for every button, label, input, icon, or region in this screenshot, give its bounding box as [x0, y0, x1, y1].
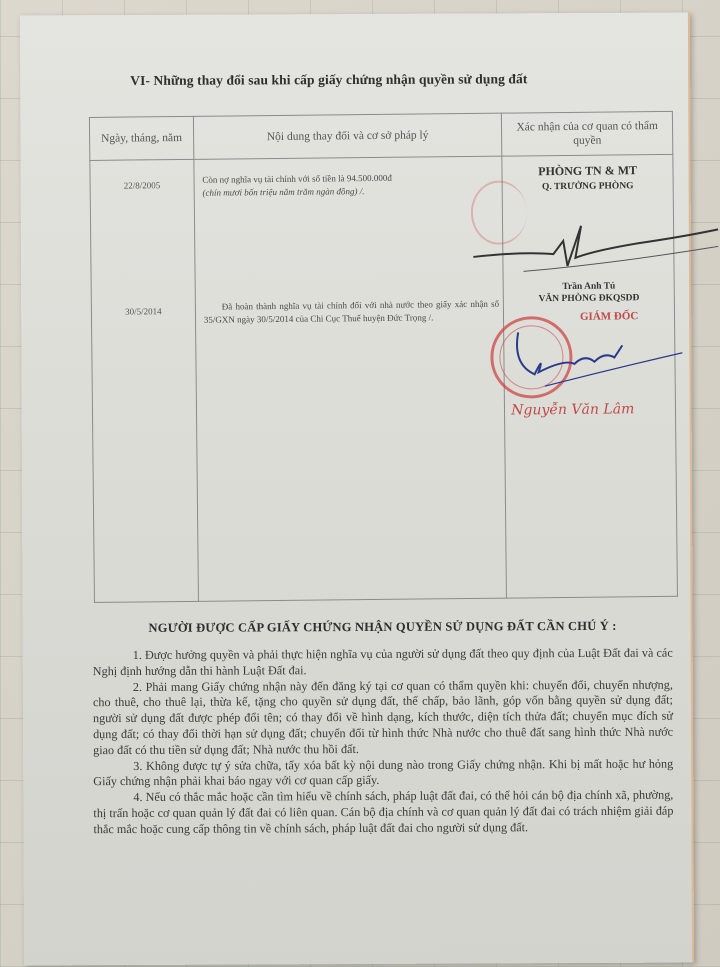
content-cell: Còn nợ nghĩa vụ tài chính với số tiền là…: [194, 156, 507, 601]
row1-title: Q. TRƯỞNG PHÒNG: [503, 181, 673, 193]
note-item-4: 4. Nếu có thắc mắc hoặc cần tìm hiểu về …: [93, 788, 673, 838]
signature-2-icon: [504, 323, 685, 405]
notes-section: NGƯỜI ĐƯỢC CẤP GIẤY CHỨNG NHẬN QUYỀN SỬ …: [93, 619, 674, 838]
row2-org: VĂN PHÒNG ĐKQSDĐ: [504, 293, 674, 305]
section-title: VI- Những thay đổi sau khi cấp giấy chứn…: [130, 71, 650, 89]
header-confirmation: Xác nhận của cơ quan có thẩm quyền: [502, 111, 673, 156]
note-item-3: 3. Không được tự ý sửa chữa, tẩy xóa bất…: [93, 756, 673, 790]
changes-table: Ngày, tháng, năm Nội dung thay đổi và cơ…: [89, 111, 678, 603]
row1-org: PHÒNG TN & MT: [503, 163, 673, 180]
header-content: Nội dung thay đổi và cơ sở pháp lý: [193, 113, 502, 159]
row1-content: Còn nợ nghĩa vụ tài chính với số tiền là…: [202, 171, 498, 200]
header-date: Ngày, tháng, năm: [89, 116, 193, 160]
row2-signer: Nguyễn Văn Lâm: [511, 401, 634, 418]
date-cell: 22/8/2005 30/5/2014: [90, 159, 198, 602]
note-item-1: 1. Được hưởng quyền và phải thực hiện ng…: [93, 646, 673, 680]
notes-heading: NGƯỜI ĐƯỢC CẤP GIẤY CHỨNG NHẬN QUYỀN SỬ …: [93, 619, 673, 637]
row1-date: 22/8/2005: [91, 180, 194, 191]
table-header-row: Ngày, tháng, năm Nội dung thay đổi và cơ…: [89, 111, 672, 160]
row1-content-line1: Còn nợ nghĩa vụ tài chính với số tiền là…: [202, 173, 392, 185]
row1-signer: Trần Anh Tú: [504, 281, 674, 293]
note-item-2: 2. Phải mang Giấy chứng nhận này đến đăn…: [93, 677, 673, 759]
confirmation-cell: PHÒNG TN & MT Q. TRƯỞNG PHÒNG Trần Anh T…: [502, 154, 677, 598]
row1-content-line2: (chín mươi bốn triệu năm trăm ngàn đồng)…: [202, 186, 364, 198]
certificate-page: VI- Những thay đổi sau khi cấp giấy chứn…: [20, 13, 694, 966]
row2-content: Đã hoàn thành nghĩa vụ tài chính đối với…: [204, 298, 500, 327]
table-row: 22/8/2005 30/5/2014 Còn nợ nghĩa vụ tài …: [90, 154, 678, 602]
row2-date: 30/5/2014: [92, 306, 195, 317]
